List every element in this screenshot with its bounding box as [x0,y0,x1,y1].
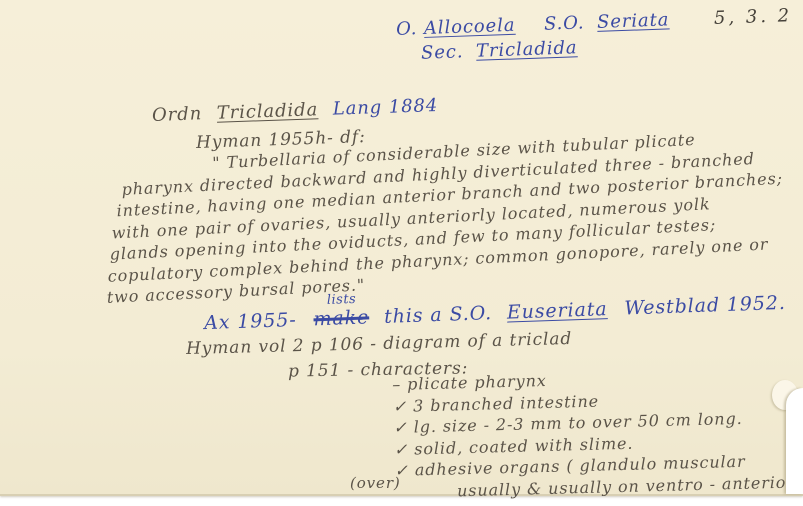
order-prefix: O. [396,18,418,40]
card-edge-gap [786,388,803,494]
over-note: (over) [350,474,401,492]
classification-header-line2: Sec. Tricladida [421,37,578,63]
card-code: 5, 3. 2 [714,5,793,29]
struck-word: make [313,306,369,330]
suborder-label: S.O. [544,12,585,34]
classification-header-line1: O. Allocoela S.O. Seriata 5, 3. 2 [396,5,793,40]
index-card: O. Allocoela S.O. Seriata 5, 3. 2 Sec. T… [0,0,803,496]
order-title-line: Ordn Tricladida Lang 1884 [152,95,439,126]
section-label: Sec. [421,41,464,63]
characters-list: – plicate pharynx ✓ 3 branched intestine… [392,362,803,503]
definition-quote: " Turbellaria of considerable size with … [100,125,788,309]
order-name: Allocoela [424,15,516,39]
volume-reference: Hyman vol 2 p 106 - diagram of a triclad [186,329,573,359]
order-label: Ordn [152,103,203,126]
suborder-name: Seriata [597,9,670,33]
correction-word: lists [327,292,357,308]
order-taxon: Tricladida [216,99,318,124]
revision-suffix: Westblad 1952. [624,292,786,320]
scanned-index-card: O. Allocoela S.O. Seriata 5, 3. 2 Sec. T… [0,0,803,506]
section-name: Tricladida [476,37,578,62]
struck-word-wrap: make lists [313,306,369,330]
revision-prefix: Ax 1955- [204,309,297,334]
taxon-authority: Lang 1884 [332,95,438,120]
revision-middle: this a S.O. [384,302,493,328]
revision-taxon: Euseriata [507,298,608,323]
